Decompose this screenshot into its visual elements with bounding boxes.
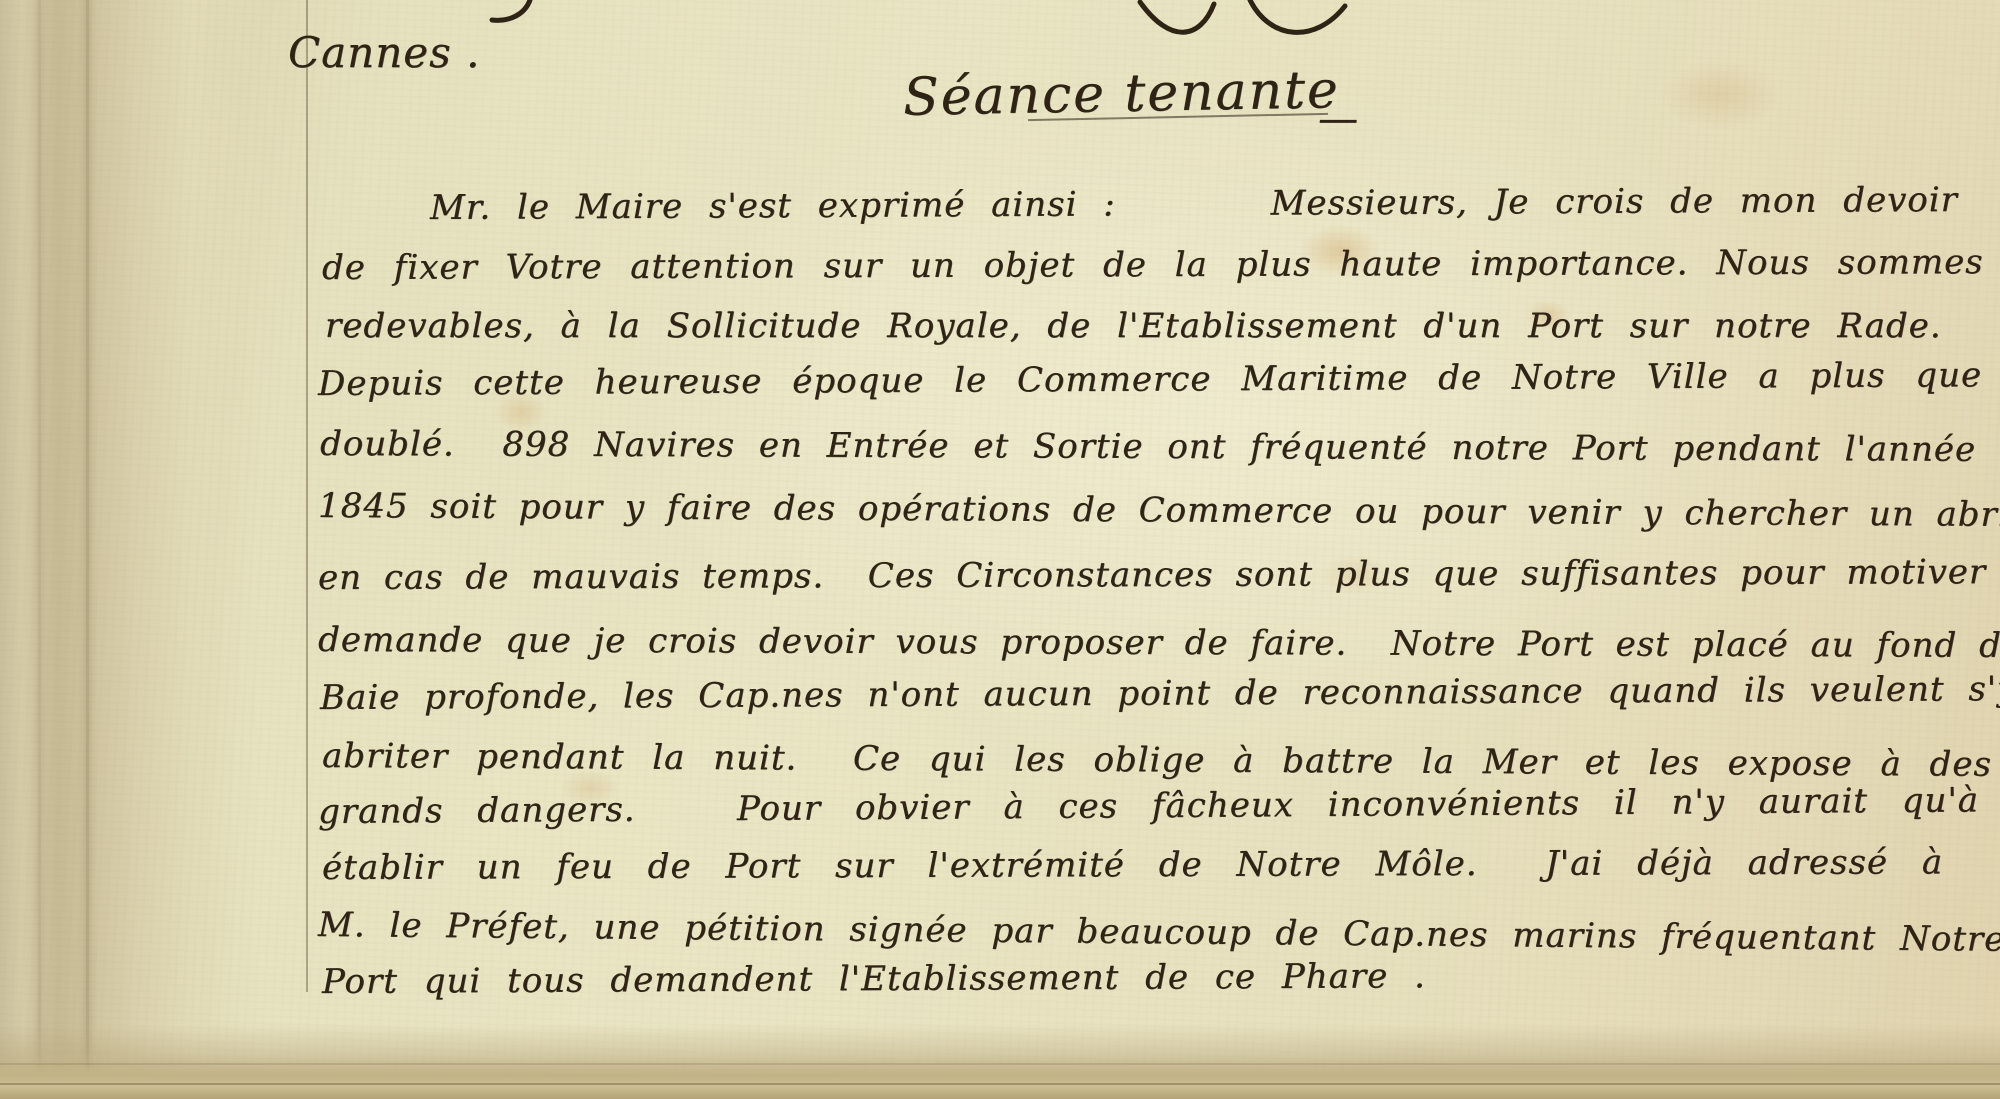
manuscript-line: grands dangers. Pour obvier à ces fâcheu…: [318, 780, 1979, 832]
page-fold-crease: [86, 0, 89, 1099]
manuscript-line: Port qui tous demandent l'Etablissement …: [322, 956, 1426, 1002]
page-bottom-edge: [0, 1024, 2000, 1099]
manuscript-line: Depuis cette heureuse époque le Commerce…: [318, 355, 1982, 404]
manuscript-line: établir un feu de Port sur l'extrémité d…: [322, 842, 1943, 888]
manuscript-line: redevables, à la Sollicitude Royale, de …: [325, 306, 1942, 346]
manuscript-line: demande que je crois devoir vous propose…: [318, 620, 2000, 666]
manuscript-line: Baie profonde, les Cap.nes n'ont aucun p…: [320, 669, 2000, 718]
manuscript-line: abriter pendant la nuit. Ce qui les obli…: [322, 736, 1992, 785]
paper-stain: [1660, 60, 1780, 130]
manuscript-line: de fixer Votre attention sur un objet de…: [322, 242, 1984, 288]
page-fold-crease: [38, 0, 41, 1099]
place-label: Cannes .: [288, 28, 480, 77]
manuscript-line: doublé. 898 Navires en Entrée et Sortie …: [320, 424, 1976, 470]
manuscript-line: Mr. le Maire s'est exprimé ainsi : Messi…: [430, 180, 1958, 228]
cropped-ink-strokes: [470, 0, 650, 30]
page-edge-line: [0, 1063, 2000, 1065]
manuscript-line: en cas de mauvais temps. Ces Circonstanc…: [318, 552, 2000, 598]
manuscript-line: 1845 soit pour y faire des opérations de…: [318, 486, 2000, 535]
manuscript-page-scan: Cannes . Séance tenante — Mr. le Maire s…: [0, 0, 2000, 1099]
page-edge-line: [0, 1083, 2000, 1085]
ruled-margin-line: [306, 0, 308, 992]
cropped-ink-strokes: [1130, 0, 1390, 48]
manuscript-line: M. le Préfet, une pétition signée par be…: [318, 905, 2000, 960]
heading-trailing-dash: —: [1318, 96, 1359, 142]
